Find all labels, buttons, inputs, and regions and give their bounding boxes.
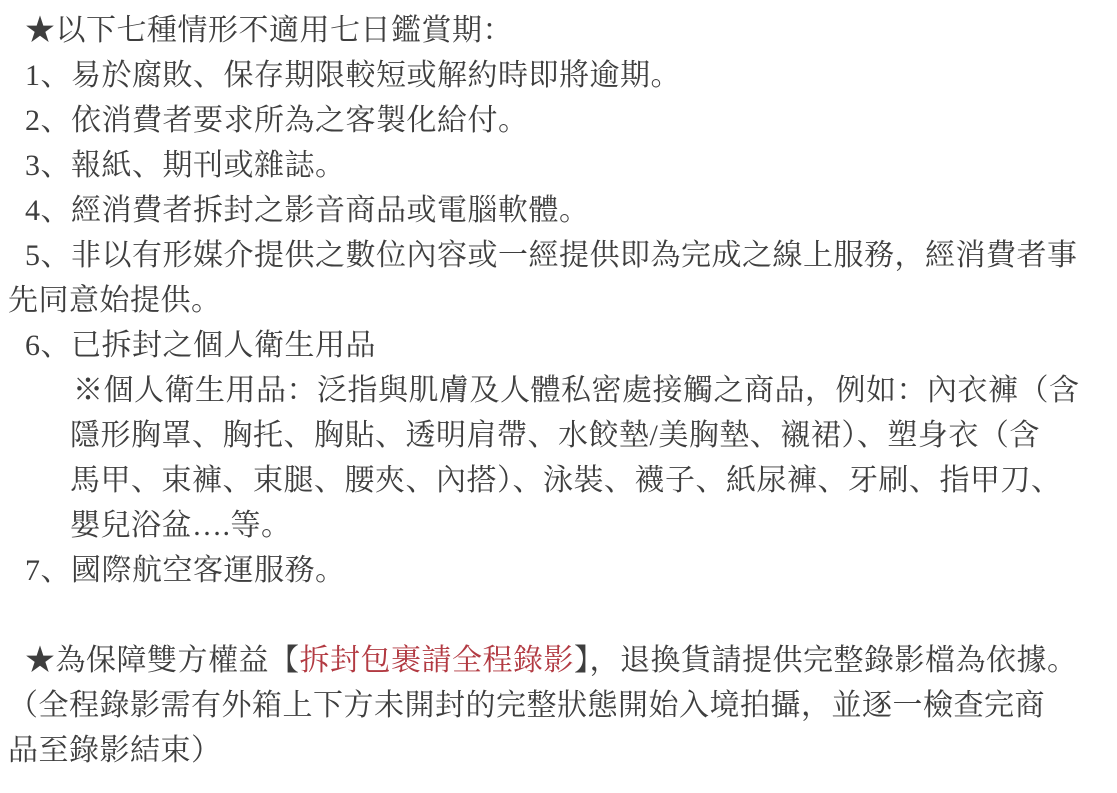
exclusion-item-5-continued: 先同意始提供。 <box>8 278 1111 323</box>
hygiene-note-line-1: ※個人衛生用品：泛指與肌膚及人體私密處接觸之商品，例如：內衣褲（含 <box>8 368 1111 413</box>
exclusion-item-1: 1、易於腐敗、保存期限較短或解約時即將逾期。 <box>8 53 1111 98</box>
exclusion-item-7: 7、國際航空客運服務。 <box>8 548 1111 593</box>
video-notice-prefix: ★為保障雙方權益【 <box>25 644 300 677</box>
blank-line <box>8 593 1111 638</box>
exclusion-item-2: 2、依消費者要求所為之客製化給付。 <box>8 98 1111 143</box>
hygiene-note-line-2: 隱形胸罩、胸托、胸貼、透明肩帶、水餃墊/美胸墊、襯裙）、塑身衣（含 <box>8 413 1111 458</box>
exclusion-item-4: 4、經消費者拆封之影音商品或電腦軟體。 <box>8 188 1111 233</box>
exclusions-header: ★以下七種情形不適用七日鑑賞期： <box>8 8 1111 53</box>
video-notice: ★為保障雙方權益【拆封包裹請全程錄影】，退換貨請提供完整錄影檔為依據。 <box>8 638 1111 683</box>
exclusion-item-3: 3、報紙、期刊或雜誌。 <box>8 143 1111 188</box>
return-policy-document: ★以下七種情形不適用七日鑑賞期： 1、易於腐敗、保存期限較短或解約時即將逾期。 … <box>0 0 1117 793</box>
video-notice-suffix: 】，退換貨請提供完整錄影檔為依據。 <box>574 644 1078 677</box>
hygiene-note-line-3: 馬甲、束褲、束腿、腰夾、內搭）、泳裝、襪子、紙尿褲、牙刷、指甲刀、 <box>8 458 1111 503</box>
exclusion-item-5: 5、非以有形媒介提供之數位內容或一經提供即為完成之線上服務，經消費者事 <box>8 233 1111 278</box>
video-notice-detail-1: （全程錄影需有外箱上下方未開封的完整狀態開始入境拍攝，並逐一檢查完商 <box>8 683 1111 728</box>
video-notice-highlight: 拆封包裹請全程錄影 <box>300 644 575 677</box>
exclusion-item-6: 6、已拆封之個人衛生用品 <box>8 323 1111 368</box>
hygiene-note-line-4: 嬰兒浴盆….等。 <box>8 503 1111 548</box>
video-notice-detail-2: 品至錄影結束） <box>8 728 1111 773</box>
